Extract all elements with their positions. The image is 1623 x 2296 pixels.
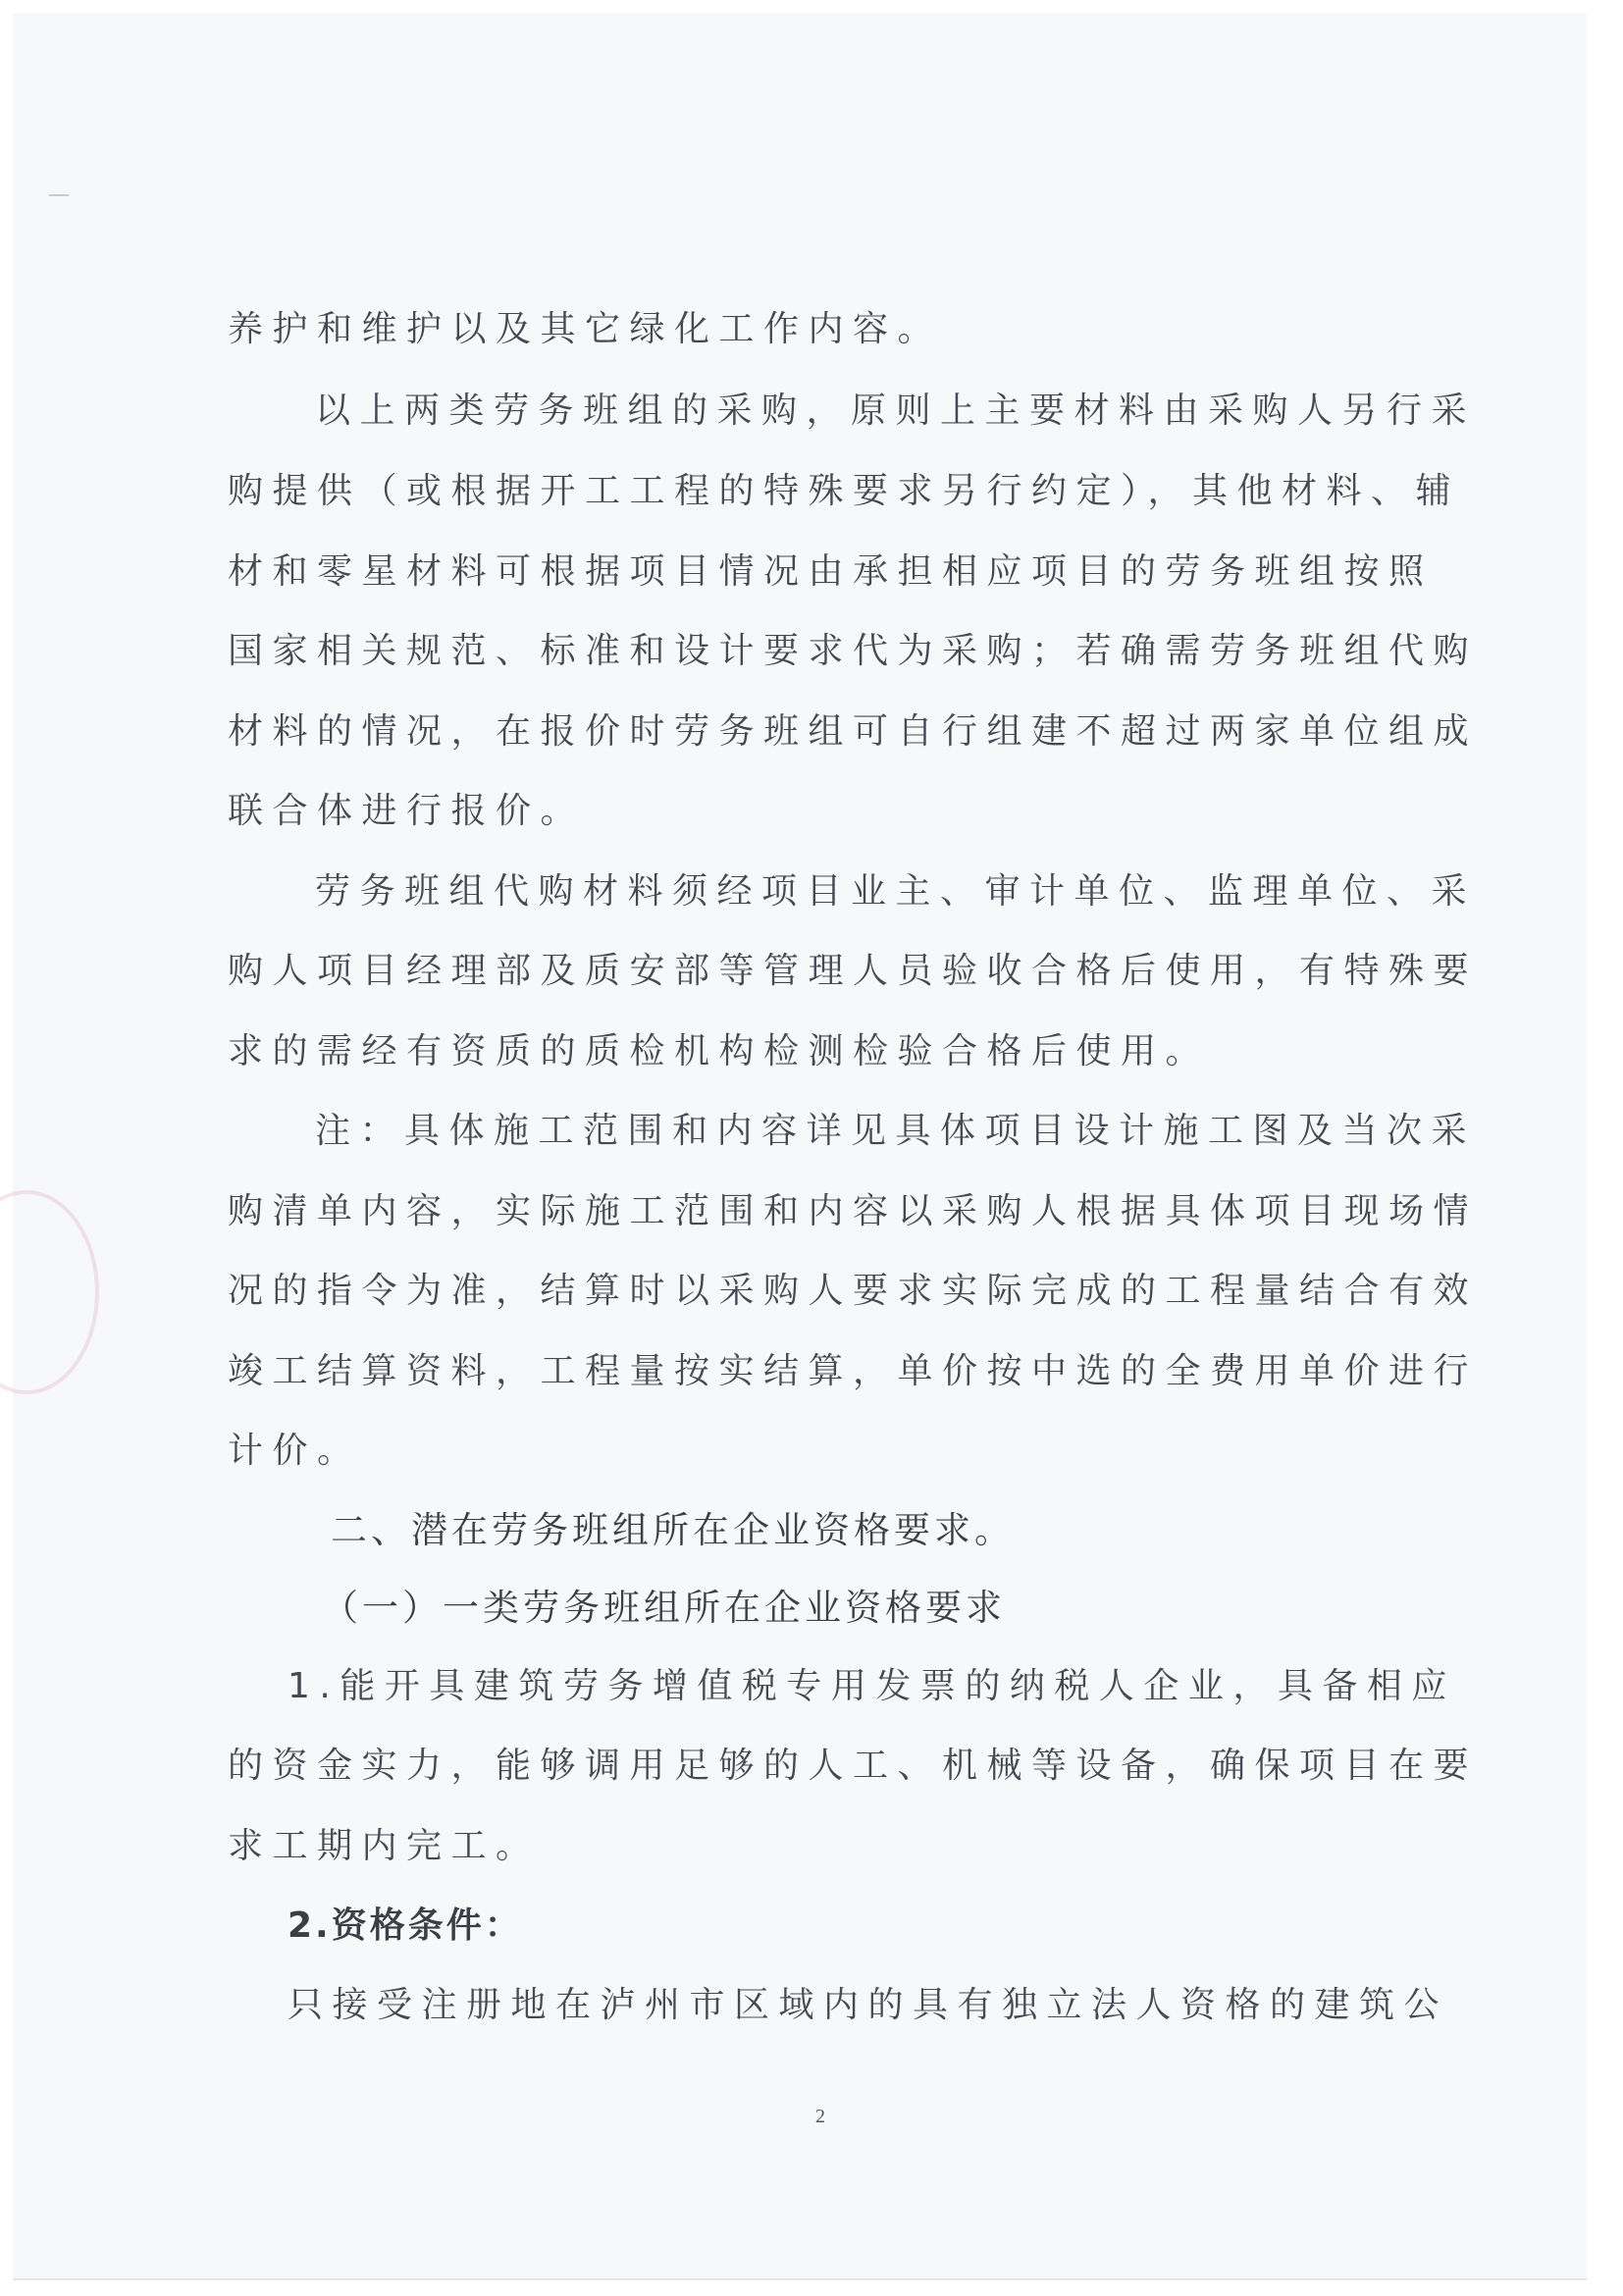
- text-line: 养护和维护以及其它绿化工作内容。: [228, 312, 1444, 347]
- numbered-item-heading: 2.资格条件：: [288, 1908, 1504, 1944]
- text-line: 求的需经有资质的质检机构检测检验合格后使用。: [228, 1034, 1444, 1070]
- text-line: 材料的情况，在报价时劳务班组可自行组建不超过两家单位组成: [228, 714, 1444, 750]
- text-line: 只接受注册地在泸州市区域内的具有独立法人资格的建筑公: [288, 1988, 1504, 2023]
- note-line: 注：具体施工范围和内容详见具体项目设计施工图及当次采: [315, 1114, 1532, 1149]
- note-line: 竣工结算资料，工程量按实结算，单价按中选的全费用单价进行: [228, 1354, 1444, 1389]
- note-line: 计价。: [228, 1434, 1444, 1469]
- text-line: 购提供（或根据开工工程的特殊要求另行约定），其他材料、辅: [228, 474, 1444, 509]
- seal-stamp-edge: [0, 1190, 99, 1394]
- subsection-heading: （一）一类劳务班组所在企业资格要求: [322, 1590, 1539, 1626]
- numbered-item-line: 1.能开具建筑劳务增值税专用发票的纳税人企业，具备相应: [288, 1669, 1504, 1704]
- scan-artifact: [49, 194, 69, 196]
- note-line: 购清单内容，实际施工范围和内容以采购人根据具体项目现场情: [228, 1194, 1444, 1229]
- page-number: 2: [815, 2106, 825, 2128]
- document-page: 养护和维护以及其它绿化工作内容。 以上两类劳务班组的采购，原则上主要材料由采购人…: [13, 13, 1587, 2280]
- numbered-item-line: 的资金实力，能够调用足够的人工、机械等设备，确保项目在要: [228, 1748, 1444, 1784]
- section-heading: 二、潜在劳务班组所在企业资格要求。: [331, 1512, 1547, 1548]
- text-line: 购人项目经理部及质安部等管理人员验收合格后使用，有特殊要: [228, 954, 1444, 989]
- text-line: 国家相关规范、标准和设计要求代为采购；若确需劳务班组代购: [228, 634, 1444, 669]
- note-line: 况的指令为准，结算时以采购人要求实际完成的工程量结合有效: [228, 1274, 1444, 1309]
- numbered-item-line: 求工期内完工。: [228, 1829, 1444, 1864]
- text-line: 劳务班组代购材料须经项目业主、审计单位、监理单位、采: [315, 874, 1532, 910]
- text-line: 材和零星材料可根据项目情况由承担相应项目的劳务班组按照: [228, 554, 1444, 590]
- text-line: 以上两类劳务班组的采购，原则上主要材料由采购人另行采: [315, 393, 1532, 429]
- text-line: 联合体进行报价。: [228, 794, 1444, 829]
